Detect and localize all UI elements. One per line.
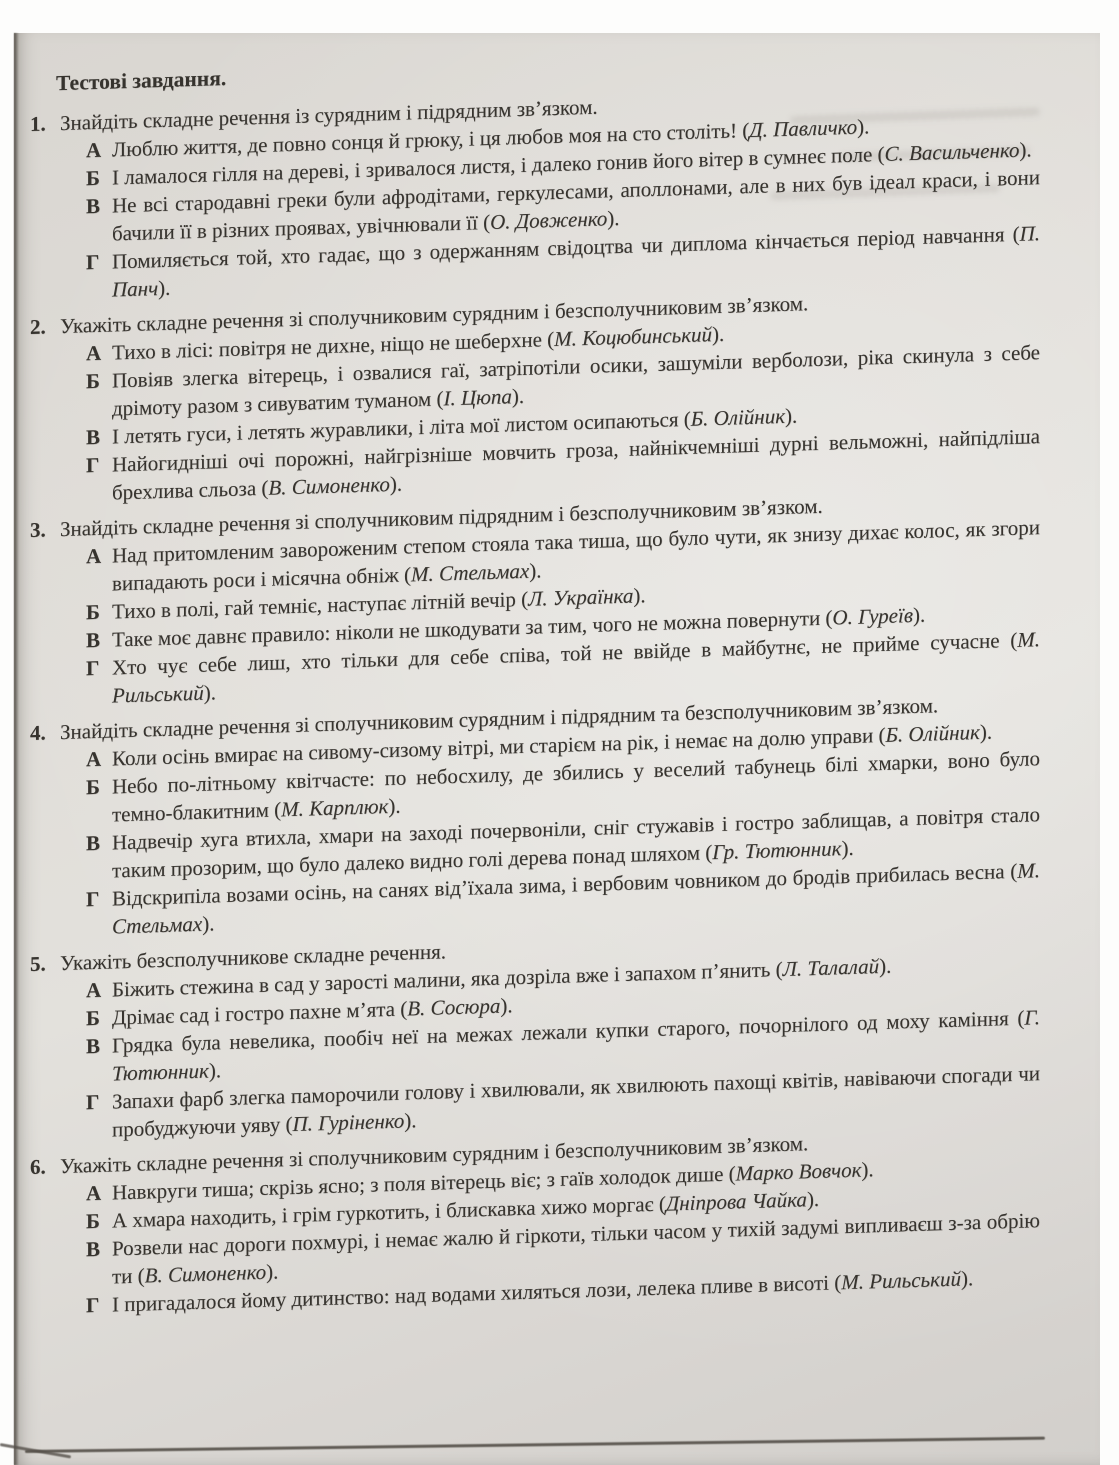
option-letter: Г (86, 653, 112, 710)
author-name: Марко Вовчок (736, 1158, 862, 1186)
option-letter: В (86, 1031, 112, 1088)
author-name: Б. Олійник (691, 404, 785, 431)
author-name: П. Гуріненко (293, 1109, 405, 1136)
question-item: 4.Знайдіть складне речення зі сполучнико… (30, 688, 1040, 943)
option-letter: Б (86, 1003, 112, 1032)
scanned-test-page: Тестові завдання. 1.Знайдіть складне реч… (0, 0, 1119, 1465)
option-letter: Б (86, 366, 112, 423)
option-letter: Г (86, 450, 112, 507)
author-name: М. Коцюбинський (554, 322, 712, 351)
author-name: В. Симоненко (145, 1260, 266, 1288)
option-letter: А (86, 975, 112, 1004)
question-item: 2.Укажіть складне речення зі сполучников… (30, 282, 1040, 509)
author-name: В. Симоненко (268, 472, 389, 500)
option-letter: Г (86, 884, 112, 941)
question-item: 6.Укажіть складне речення зі сполучников… (30, 1122, 1040, 1321)
author-name: Гр. Тютюнник (712, 836, 841, 864)
option-letter: В (86, 828, 112, 885)
questions: 1.Знайдіть складне речення із сурядним і… (30, 79, 1040, 1321)
option-letter: Б (86, 772, 112, 829)
question-item: 5.Укажіть безсполучникове складне реченн… (30, 919, 1040, 1146)
page-content: Тестові завдання. 1.Знайдіть складне реч… (30, 39, 1040, 1321)
option-letter: А (86, 1178, 112, 1207)
option-letter: Г (86, 1087, 112, 1144)
page-left-edge-shadow (14, 33, 19, 1465)
author-name: Дніпрова Чайка (666, 1187, 807, 1215)
question-number: 4. (30, 718, 60, 747)
option-letter: В (86, 422, 112, 451)
author-name: М. Рильський (841, 1267, 961, 1295)
author-name: М. Стельмах (411, 559, 529, 587)
author-name: В. Сосюра (407, 994, 500, 1021)
author-name: Л. Українка (528, 584, 633, 611)
question-number: 5. (30, 949, 60, 978)
question-number: 1. (30, 109, 60, 138)
author-name: Л. Талалай (783, 954, 879, 981)
option-letter: Б (86, 163, 112, 192)
question-number: 2. (30, 312, 60, 341)
option-letter: А (86, 541, 112, 598)
author-name: Д. Павличко (749, 115, 857, 142)
author-name: О. Гуреїв (832, 603, 913, 629)
author-name: О. Довженко (490, 206, 607, 234)
option-letter: Б (86, 1206, 112, 1235)
author-name: М. Карплюк (281, 794, 388, 821)
question-item: 3.Знайдіть складне речення зі сполучнико… (30, 485, 1040, 712)
option-letter: В (86, 191, 112, 248)
question-number: 6. (30, 1152, 60, 1181)
option-letter: В (86, 1234, 112, 1291)
option-letter: Г (86, 247, 112, 304)
option-letter: А (86, 338, 112, 367)
option-letter: В (86, 625, 112, 654)
author-name: С. Васильченко (885, 138, 1020, 166)
question-item: 1.Знайдіть складне речення із сурядним і… (30, 79, 1040, 306)
question-number: 3. (30, 515, 60, 544)
option-letter: А (86, 744, 112, 773)
option-letter: Б (86, 597, 112, 626)
option-letter: Г (86, 1290, 112, 1319)
author-name: І. Цюпа (443, 384, 511, 410)
option-letter: А (86, 135, 112, 164)
author-name: Б. Олійник (886, 720, 980, 747)
